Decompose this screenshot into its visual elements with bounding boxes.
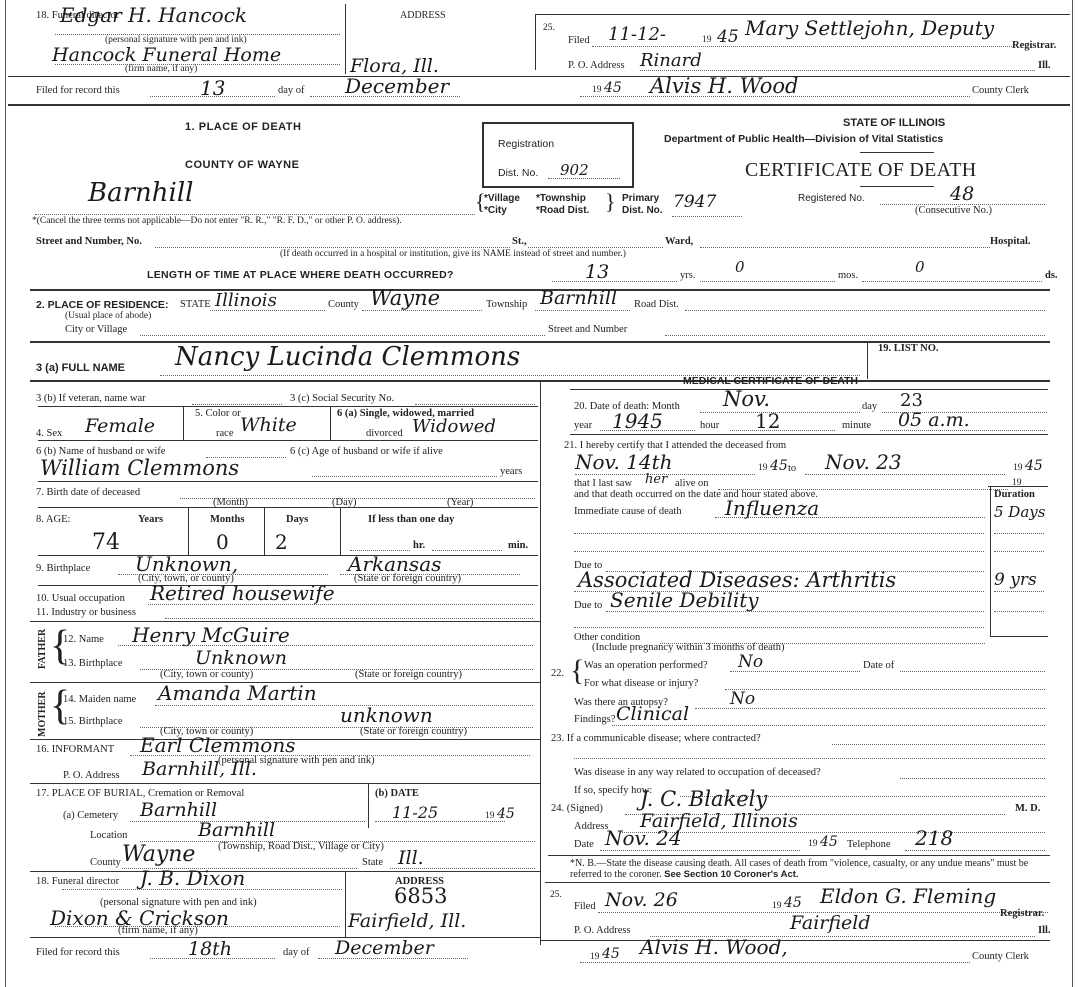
burial-state: Ill. [398,847,424,869]
place-of-death-label: 1. PLACE OF DEATH [185,121,301,133]
top-filed-label: Filed for record this [36,85,120,96]
mos-label: mos. [838,270,858,281]
occupation-label: 10. Usual occupation [36,593,125,604]
bottom-registrar-signature: Eldon G. Fleming [820,884,996,908]
cemetery-label: (a) Cemetery [63,810,118,821]
md-label: M. D. [1015,803,1040,814]
county-label: COUNTY OF WAYNE [185,159,299,171]
father-state-caption: (State or foreign country) [355,669,462,680]
top-address-header: ADDRESS [400,10,446,21]
ward-label: Ward, [665,236,693,247]
primary-dist-label: Dist. No. [622,205,663,216]
immediate-duration: 5 Days [994,503,1045,521]
primary-dist-no: 7947 [673,192,716,212]
length-months: 0 [735,258,745,276]
informant-label: 16. INFORMANT [36,744,114,755]
q22-number: 22. [551,668,564,679]
bottom-clerk-year-prefix: 19 [590,952,600,962]
signed-date: Nov. 24 [605,826,682,850]
length-of-time-label: LENGTH OF TIME AT PLACE WHERE DEATH OCCU… [147,269,454,281]
center-column-divider [540,380,541,945]
autopsy-value: No [730,689,755,709]
funeral-firm-caption: (firm name, if any) [118,925,198,936]
hr-label: hr. [413,540,425,551]
race-label: race [216,428,233,439]
burial-year: 45 [497,806,515,822]
length-years: 13 [585,261,609,283]
mother-birthplace: unknown [340,703,433,727]
bottom-registrar-label: Registrar. [1000,908,1044,919]
top-registrar-year-prefix: 19 [702,35,712,45]
death-day: 23 [900,390,923,411]
top-registrar-filed-date: 11-12- [608,24,666,45]
burial-year-prefix: 19 [485,811,495,821]
mother-state-caption: (State or foreign country) [360,726,467,737]
residence-county: Wayne [370,286,440,310]
funeral-address-city: Fairfield, Ill. [348,910,466,932]
signed-label: 24. (Signed) [551,803,603,814]
bottom-clerk-year: 45 [602,946,620,962]
funeral-director-signature: J. B. Dixon [140,866,245,890]
informant-po-label: P. O. Address [63,770,120,781]
residence-state: Illinois [215,290,277,311]
bottom-year: 45 [784,895,802,911]
location-caption: (Township, Road Dist., Village or City) [218,841,384,852]
race-value: White [240,414,297,436]
sex-value: Female [85,415,155,437]
attended-to-year-prefix: 19 [1013,463,1023,473]
road-dist-label: *Road Dist. [536,205,589,216]
age-col-days: Days [286,514,308,525]
top-divider [345,4,346,74]
residence-township-label: Township [486,299,527,310]
alive-on-label: alive on [675,478,709,489]
top-firm-name: Hancock Funeral Home [52,44,281,66]
physician-address-label: Address [574,821,608,832]
death-minute: 05 a.m. [898,409,970,431]
immediate-cause-label: Immediate cause of death [574,506,682,517]
nb-section: See Section 10 Coroner's Act. [664,869,798,880]
age-months: 0 [216,530,229,554]
duration-label: Duration [994,489,1035,500]
date-of-label: Date of [863,660,894,671]
list-no-label: 19. LIST NO. [878,343,939,354]
burial-county-label: County [90,857,121,868]
top-funeral-director-signature: Edgar H. Hancock [60,3,247,27]
top-item25-number: 25. [543,23,555,33]
min-label: min. [508,540,528,551]
findings-value: Clinical [616,703,689,725]
attended-to: Nov. 23 [825,450,902,474]
top-po-address: Rinard [640,50,702,71]
veteran-label: 3 (b) If veteran, name war [36,393,146,404]
funeral-filed-month: December [335,937,434,959]
burial-date: 11-25 [392,803,438,822]
spouse-years-label: years [500,466,522,477]
bottom-po-address: Fairfield [790,912,871,934]
hospital-label: Hospital. [990,236,1031,247]
bottom-po-label: P. O. Address [574,925,631,936]
length-days: 0 [915,258,925,276]
top-firm-caption: (firm name, if any) [125,64,197,74]
death-month: Nov. [723,387,770,411]
physician-signature: J. C. Blakely [640,787,767,811]
mother-maiden-label: 14. Maiden name [63,694,136,705]
bottom-county-clerk-label: County Clerk [972,951,1029,962]
occupation-related-question: Was disease in any way related to occupa… [574,767,821,778]
hospital-note: (If death occurred in a hospital or inst… [280,249,626,259]
residence-city-label: City or Village [65,324,127,335]
bottom-clerk-signature: Alvis H. Wood, [640,935,788,959]
ssn-label: 3 (c) Social Security No. [290,393,394,404]
state-title: STATE OF ILLINOIS [843,117,945,129]
bottom-filed-label: Filed [574,901,596,912]
funeral-address-number: 6853 [394,884,447,908]
attended-from-year: 45 [770,458,788,474]
burial-date-label: (b) DATE [375,788,419,799]
mother-side-label: MOTHER [37,690,49,738]
attended-from: Nov. 14th [575,450,673,474]
marital-status: Widowed [412,416,496,437]
sex-label: 4. Sex [36,428,62,439]
top-county-clerk-label: County Clerk [972,85,1029,96]
top-year-suffix: 45 [604,80,622,96]
father-birthplace: Unknown [195,647,287,669]
left-border [5,0,6,987]
operation-value: No [738,652,763,672]
registered-no-label: Registered No. [798,193,865,204]
death-minute-label: minute [842,420,871,431]
attended-from-year-prefix: 19 [758,463,768,473]
telephone-label: Telephone [847,839,891,850]
father-city-caption: (City, town or county) [160,669,253,680]
village-label: *Village [484,193,520,204]
death-year-label: year [574,420,592,431]
signed-year-prefix: 19 [808,839,818,849]
medical-title: MEDICAL CERTIFICATE OF DEATH [683,375,858,387]
death-hour-label: hour [700,420,719,431]
age-days: 2 [275,530,288,554]
nb-note-text: *N. B.—State the disease causing death. … [570,858,1028,880]
top-registrar-year: 45 [717,27,739,47]
death-certificate: 18. Funeral director Edgar H. Hancock (p… [0,0,1080,987]
father-name: Henry McGuire [132,623,290,647]
color-label: 5. Color or [195,408,241,419]
operation-label: Was an operation performed? [584,660,708,671]
signed-date-label: Date [574,839,594,850]
bottom-item25-number: 25. [550,890,562,900]
top-filed-day: 13 [200,76,225,100]
cemetery-value: Barnhill [140,799,217,821]
yrs-label: yrs. [680,270,695,281]
cancel-note: *(Cancel the three terms not applicable—… [32,216,402,226]
father-name-label: 12. Name [63,634,104,645]
mother-maiden-name: Amanda Martin [158,681,317,705]
death-day-label: day [862,401,877,412]
department-label: Department of Public Health—Division of … [664,133,943,145]
spouse-name: William Clemmons [40,456,239,480]
place-name: Barnhill [88,178,193,208]
residence-county-label: County [328,299,359,310]
dist-no-label: Dist. No. [498,167,538,179]
top-registrar-signature: Mary Settlejohn, Deputy [745,16,994,40]
nb-note: *N. B.—State the disease causing death. … [570,858,1050,880]
st-label: St., [512,236,527,247]
age-col-years: Years [138,514,163,525]
q23-label: 23. If a communicable disease; where con… [551,733,761,744]
location-label: Location [90,830,127,841]
age-years: 74 [92,530,120,555]
city-label: *City [484,205,507,216]
due-to-label-2: Due to [574,600,602,611]
attended-to-year: 45 [1025,458,1043,474]
residence-label: 2. PLACE OF RESIDENCE: [36,299,168,311]
father-side-label: FATHER [37,628,49,670]
findings-label: Findings? [574,714,615,725]
father-birthplace-label: 13. Birthplace [63,658,122,669]
occupation-value: Retired housewife [150,581,335,605]
top-registrar-divider [535,14,536,70]
residence-road-dist-label: Road Dist. [634,299,679,310]
residence-township: Barnhill [540,287,617,309]
due-to-duration-1: 9 yrs [994,570,1037,590]
due-to-cause-2: Senile Debility [610,588,759,612]
age-col-months: Months [210,514,244,525]
street-label: Street and Number, No. [36,236,142,247]
spouse-age-label: 6 (c) Age of husband or wife if alive [290,446,443,457]
burial-county: Wayne [122,842,195,867]
top-year-prefix: 19 [592,85,602,95]
full-name: Nancy Lucinda Clemmons [175,342,520,372]
bottom-year-prefix: 19 [772,901,782,911]
age-label: 8. AGE: [36,514,70,525]
dist-no: 902 [560,161,589,179]
disease-injury-label: For what disease or injury? [584,678,698,689]
registered-no: 48 [950,183,974,205]
top-registrar-label: Registrar. [1012,40,1056,51]
location-value: Barnhill [198,819,275,841]
burial-label: 17. PLACE OF BURIAL, Cremation or Remova… [36,788,244,799]
funeral-filed-day: 18th [188,938,232,960]
industry-label: 11. Industry or business [36,607,136,618]
registration-label: Registration [498,138,554,150]
funeral-filed-label: Filed for record this [36,947,120,958]
informant-name: Earl Clemmons [140,733,296,757]
residence-street-label: Street and Number [548,324,627,335]
full-name-label: 3 (a) FULL NAME [36,362,125,374]
residence-state-label: STATE [180,299,211,310]
consecutive-label: (Consecutive No.) [915,205,992,216]
top-clerk-signature: Alvis H. Wood [650,74,798,98]
funeral-director-label: 18. Funeral director [36,876,119,887]
list-no-divider [867,341,868,379]
township-label: *Township [536,193,586,204]
usual-abode-label: (Usual place of abode) [65,311,151,321]
burial-state-label: State [362,857,383,868]
birthplace-label: 9. Birthplace [36,563,90,574]
birth-date-label: 7. Birth date of deceased [36,487,140,498]
divorced-label: divorced [366,428,403,439]
top-day-of-label: day of [278,85,305,96]
top-filed-month: December [345,74,449,98]
birthplace-state-caption: (State or foreign country) [354,573,461,584]
bottom-filed-date: Nov. 26 [605,889,678,911]
funeral-day-of-label: day of [283,947,310,958]
top-state-abbr: Ill. [1038,60,1051,71]
informant-po-address: Barnhill, Ill. [142,758,257,780]
last-saw-label: that I last saw [574,478,632,489]
ds-label: ds. [1045,270,1058,281]
telephone-value: 218 [915,826,953,850]
right-border [1072,0,1073,987]
bottom-state-abbr: Ill. [1038,925,1051,936]
last-saw-pronoun: her [645,472,667,487]
signed-year: 45 [820,834,838,850]
attended-to-label: to [788,463,796,474]
certificate-title: CERTIFICATE OF DEATH [745,159,976,182]
top-po-label: P. O. Address [568,60,625,71]
mother-birthplace-label: 15. Birthplace [63,716,122,727]
age-col-less-than-day: If less than one day [368,514,454,525]
top-filed-label-25: Filed [568,35,590,46]
primary-label: Primary [622,193,659,204]
